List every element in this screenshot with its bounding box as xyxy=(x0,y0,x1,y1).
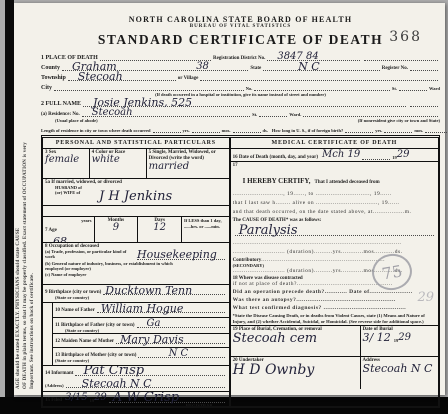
sex-race-marital-row: 3 Sex female 4 Color or Race white 5 Sin… xyxy=(43,149,229,179)
certificate-number: 368 xyxy=(389,29,422,45)
informant-address-label: (Address) xyxy=(45,383,64,388)
father-birthplace-row: 11 Birthplace of Father (city or town) G… xyxy=(53,318,229,334)
informant-value: Pat Crisp xyxy=(83,366,144,377)
pencil-mark: 29 xyxy=(417,290,434,305)
autopsy-line: Was there an autopsy?...................… xyxy=(233,297,436,303)
mos-label2: mos. xyxy=(414,128,423,133)
burial-date-value: 3/ 12 xyxy=(363,332,391,343)
certificate-title: STANDARD CERTIFICATE OF DEATH xyxy=(98,32,383,47)
months-cell: Months 9 xyxy=(95,217,139,242)
township-label: Township xyxy=(41,75,66,81)
township-value: Stecoah xyxy=(78,71,123,82)
burial-year-value: 29 xyxy=(398,333,411,343)
filed-label: 15 Filed xyxy=(45,398,62,403)
test-confirmed-line: What test confirmed diagnosis? .........… xyxy=(233,305,436,311)
attended-dates-line: ..........................., 19......, t… xyxy=(233,191,436,197)
informant-address-value: Stecoah N C xyxy=(82,378,152,389)
street-no-label: No. xyxy=(246,86,253,91)
days-cell: Days 12 xyxy=(138,217,182,242)
occupation-trade-value: Housekeeping xyxy=(137,249,217,260)
mother-name-value: Mary Davis xyxy=(120,334,184,345)
undertaker-row: 20 Undertaker H D Ownby Address Stecoah … xyxy=(231,357,438,389)
mother-birthplace-value: N C xyxy=(169,349,189,359)
residence-st-label: St. xyxy=(252,112,257,117)
personal-column-header: PERSONAL AND STATISTICAL PARTICULARS xyxy=(43,138,229,149)
certification-block: 17 I HEREBY CERTIFY, That I attended dec… xyxy=(231,162,438,312)
medical-column-header: MEDICAL CERTIFICATE OF DEATH xyxy=(231,138,438,149)
parents-block: Parents 10 Name of Father William Hogue xyxy=(43,303,229,366)
spouse-row: 5a If married, widowed, or divorced HUSB… xyxy=(43,179,229,206)
registrar-signature: A W Crisp xyxy=(113,392,179,404)
filed-year-value: 29 xyxy=(94,393,107,403)
registration-district-label: Registration District No. xyxy=(213,56,265,61)
undertaker-address-cell: Address Stecoah N C xyxy=(361,357,438,389)
mos-label: mos. xyxy=(222,128,231,133)
marital-cell: 5 Single, Married, Widowed, or Divorced … xyxy=(147,149,229,178)
title-row: STANDARD CERTIFICATE OF DEATH 368 xyxy=(41,31,440,49)
duration-line-1: ............................ (duration).… xyxy=(233,249,436,255)
occupation-trade-label: (a) Trade, profession, or particular kin… xyxy=(45,249,135,260)
yrs-label2: yrs. xyxy=(375,128,382,133)
county-label: County xyxy=(41,65,60,71)
pencil-stamp-value: 75 xyxy=(380,261,403,283)
burial-date-cell: Date of Burial 3/ 12 19 29 xyxy=(361,326,438,356)
board-heading: NORTH CAROLINA STATE BOARD OF HEALTH xyxy=(41,15,440,24)
ds-label: ds. xyxy=(263,128,268,133)
mother-name-row: 12 Maiden Name of Mother Mary Davis xyxy=(53,334,229,348)
father-name-value: William Hogue xyxy=(101,303,184,314)
hereby-certify-label: I HEREBY CERTIFY, xyxy=(243,177,311,185)
cause-of-death-value: Paralysis xyxy=(239,224,298,237)
or-village-label: or Village xyxy=(178,76,199,81)
residence-value: Stecoah xyxy=(92,108,133,118)
state-value: N C xyxy=(298,61,320,72)
certificate-content: NORTH CAROLINA STATE BOARD OF HEALTH BUR… xyxy=(41,7,440,393)
residence-notes-row: (Usual place of abode) (If nonresident g… xyxy=(41,118,440,123)
st-label: St. xyxy=(392,86,397,91)
full-name-label: 2 FULL NAME xyxy=(41,101,81,107)
sex-value: female xyxy=(45,155,87,165)
city-row: City No. St. Ward xyxy=(41,82,440,91)
cause-footnote: *State the Disease Causing Death, or in … xyxy=(231,312,438,326)
full-name-row: 2 FULL NAME Josie Jenkins, 525 xyxy=(41,98,440,107)
burial-row: 19 Place of Burial, Cremation, or remova… xyxy=(231,326,438,357)
months-value: 9 xyxy=(97,223,136,233)
mother-birthplace-note: (State or country) xyxy=(55,358,227,363)
township-row: Township Stecoah or Village xyxy=(41,72,440,81)
county-number: 38 xyxy=(196,62,209,72)
parents-label: Parents xyxy=(43,345,44,361)
residence-label: (a) Residence: No. xyxy=(41,112,80,117)
undertaker-cell: 20 Undertaker H D Ownby xyxy=(231,357,361,389)
less-than-day-label: If LESS than 1 day, ......hrs. or ......… xyxy=(184,218,227,230)
nonresident-note: (If nonresident give city or town and St… xyxy=(358,118,440,123)
contributory-dots: ........................................… xyxy=(261,257,385,263)
date-of-death-row: 16 Date of Death (month, day, and year) … xyxy=(231,149,438,162)
age-row: 7 Age years 68 Months 9 Days 12 xyxy=(43,217,229,243)
filed-date-value: 3/15 xyxy=(65,393,87,403)
days-value: 12 xyxy=(140,223,179,233)
informant-row: 14 Informant Pat Crisp (Address) Stecoah… xyxy=(43,366,229,392)
occupation-employer-label: (c) Name of employer xyxy=(45,272,227,277)
birthplace-value: Ducktown Tenn xyxy=(105,285,192,296)
city-label: City xyxy=(41,85,52,91)
scanned-certificate: AGE should be stated EXACTLY. PHYSICIANS… xyxy=(0,0,448,414)
informant-label: 14 Informant xyxy=(45,371,73,376)
occupation-row: 8 Occupation of deceased (a) Trade, prof… xyxy=(43,243,229,285)
age-cell: 7 Age years 68 xyxy=(43,217,95,242)
medical-column: MEDICAL CERTIFICATE OF DEATH 16 Date of … xyxy=(231,138,438,406)
father-name-label: 10 Name of Father xyxy=(55,308,95,313)
residence-ward-label: Ward. xyxy=(289,112,301,117)
marital-value: married xyxy=(149,162,227,172)
operation-line: Did an operation precede death?.........… xyxy=(233,289,436,295)
age-label: 7 Age xyxy=(45,228,57,233)
birthplace-row: 9 Birthplace (city or town) Ducktown Ten… xyxy=(43,285,229,303)
date-of-death-value: Mch 19 xyxy=(322,150,360,160)
age-value: 68 xyxy=(53,236,92,242)
burial-place-cell: 19 Place of Burial, Cremation, or remova… xyxy=(231,326,361,356)
mother-name-label: 12 Maiden Name of Mother xyxy=(55,339,114,344)
filed-row: 15 Filed 3/15 19 29 A W Crisp REGISTRAR xyxy=(43,392,229,406)
sex-cell: 3 Sex female xyxy=(43,149,90,178)
particulars-columns: PERSONAL AND STATISTICAL PARTICULARS 3 S… xyxy=(41,135,440,408)
undertaker-address-value: Stecoah N C xyxy=(363,363,436,374)
father-birthplace-value: Ga xyxy=(147,319,161,329)
residence-row: (a) Residence: No. Stecoah St. Ward. xyxy=(41,108,440,117)
margin-note-line2: OF DEATH in plain terms, so that it may … xyxy=(23,142,28,389)
death-occurred-line: and that death occurred, on the date sta… xyxy=(233,209,436,215)
length-of-residence-row: Length of residence in city or town wher… xyxy=(41,124,440,133)
spouse-value: J H Jenkins xyxy=(99,190,172,203)
hereby-certify-rest: That I attended deceased from xyxy=(315,180,380,185)
item-17: 17 xyxy=(233,163,436,168)
father-name-row: 10 Name of Father William Hogue xyxy=(53,303,229,318)
burial-place-value: Stecoah cem xyxy=(233,332,358,345)
register-no-label: Register No. xyxy=(382,66,408,71)
parents-strip: Parents xyxy=(43,303,53,365)
race-value: white xyxy=(92,155,144,165)
dod-year-value: 29 xyxy=(397,150,410,160)
ward-label: Ward xyxy=(429,86,440,91)
margin-note-line1: AGE should be stated EXACTLY. PHYSICIANS… xyxy=(16,228,21,389)
occupation-industry-label: (b) General nature of industry, business… xyxy=(45,261,175,272)
race-cell: 4 Color or Race white xyxy=(90,149,147,178)
howlong-us-label: How long in U. S., if of foreign birth? xyxy=(272,128,343,133)
years-label: years xyxy=(81,218,91,223)
last-saw-alive-line: that I last saw h........ alive on .....… xyxy=(233,200,436,206)
abode-note: (Usual place of abode) xyxy=(55,118,98,123)
margin-note-line3: Important. See instructions on back of c… xyxy=(30,273,35,389)
personal-column: PERSONAL AND STATISTICAL PARTICULARS 3 S… xyxy=(43,138,231,406)
bureau-heading: BUREAU OF VITAL STATISTICS xyxy=(41,24,440,29)
date-of-death-label: 16 Date of Death (month, day, and year) xyxy=(233,155,318,160)
state-label: State xyxy=(250,66,261,71)
certificate-page: AGE should be stated EXACTLY. PHYSICIANS… xyxy=(14,3,445,395)
length-of-residence-label: Length of residence in city or town wher… xyxy=(41,128,151,133)
date-of-birth-row: 6 Date of Birth (month, day, and year) xyxy=(43,206,229,217)
undertaker-value: H D Ownby xyxy=(233,363,358,377)
less-than-day-cell: If LESS than 1 day, ......hrs. or ......… xyxy=(182,217,229,242)
yrs-label: yrs. xyxy=(183,128,190,133)
mother-birthplace-row: 13 Birthplace of Mother (city or town) N… xyxy=(53,348,229,363)
blank-dotted-line: ........................................… xyxy=(233,240,436,246)
scan-left-border xyxy=(5,0,14,414)
